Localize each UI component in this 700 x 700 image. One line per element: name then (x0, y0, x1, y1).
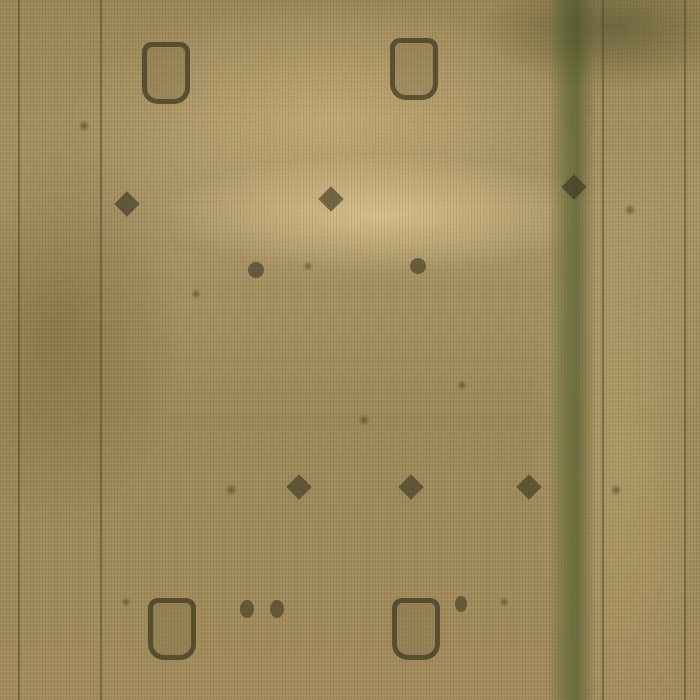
speckle-pattern (0, 0, 700, 700)
rug-image (0, 0, 700, 700)
